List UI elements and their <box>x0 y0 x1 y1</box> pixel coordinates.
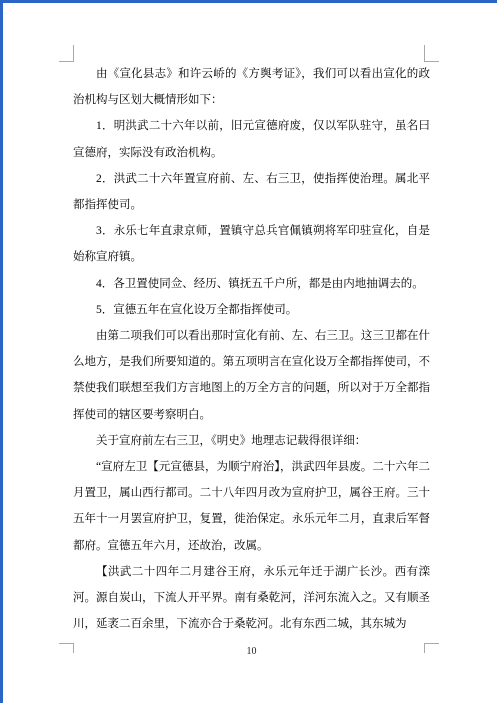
margin-crop-mark-top-right <box>424 45 439 62</box>
page-number: 10 <box>73 646 430 658</box>
document-paragraph-numbered-4: 4．各卫置使同佥、经历、镇抚五千户所，都是由内地抽调去的。 <box>73 271 430 297</box>
document-paragraph-quote: 【洪武二十四年二月建谷王府，永乐元年迁于湖广长沙。西有滦河。源自炭山，下流人开平… <box>73 559 430 638</box>
margin-crop-mark-bottom-left <box>59 643 74 653</box>
page-border-left <box>0 0 3 703</box>
document-paragraph-quote: “宣府左卫【元宣德县，为顺宁府治】，洪武四年县废。二十六年二月置卫，属山西行都司… <box>73 454 430 559</box>
document-paragraph: 关于宣府前左右三卫，《明史》地理志记载得很详细： <box>73 428 430 454</box>
margin-crop-mark-top-left <box>59 45 74 62</box>
document-page: 由《宣化县志》和许云峤的《方舆考证》，我们可以看出宣化的政治机构与区划大概情形如… <box>0 0 497 703</box>
document-paragraph-numbered-2: 2．洪武二十六年置宣府前、左、右三卫，使指挥使治理。属北平都指挥使司。 <box>73 166 430 218</box>
page-border-top <box>0 0 497 3</box>
document-paragraph: 由第二项我们可以看出那时宣化有前、左、右三卫。这三卫都在什么地方，是我们所要知道… <box>73 323 430 428</box>
document-paragraph: 由《宣化县志》和许云峤的《方舆考证》，我们可以看出宣化的政治机构与区划大概情形如… <box>73 61 430 113</box>
document-paragraph-numbered-1: 1．明洪武二十六年以前，旧元宣德府废，仅以军队驻守，虽名曰宣德府，实际没有政治机… <box>73 113 430 165</box>
document-paragraph-numbered-5: 5．宣德五年在宣化设万全都指挥使司。 <box>73 297 430 323</box>
document-text-area: 由《宣化县志》和许云峤的《方舆考证》，我们可以看出宣化的政治机构与区划大概情形如… <box>73 61 430 637</box>
document-paragraph-numbered-3: 3．永乐七年直隶京师，置镇守总兵官佩镇朔将军印驻宣化，自是始称宣府镇。 <box>73 218 430 270</box>
